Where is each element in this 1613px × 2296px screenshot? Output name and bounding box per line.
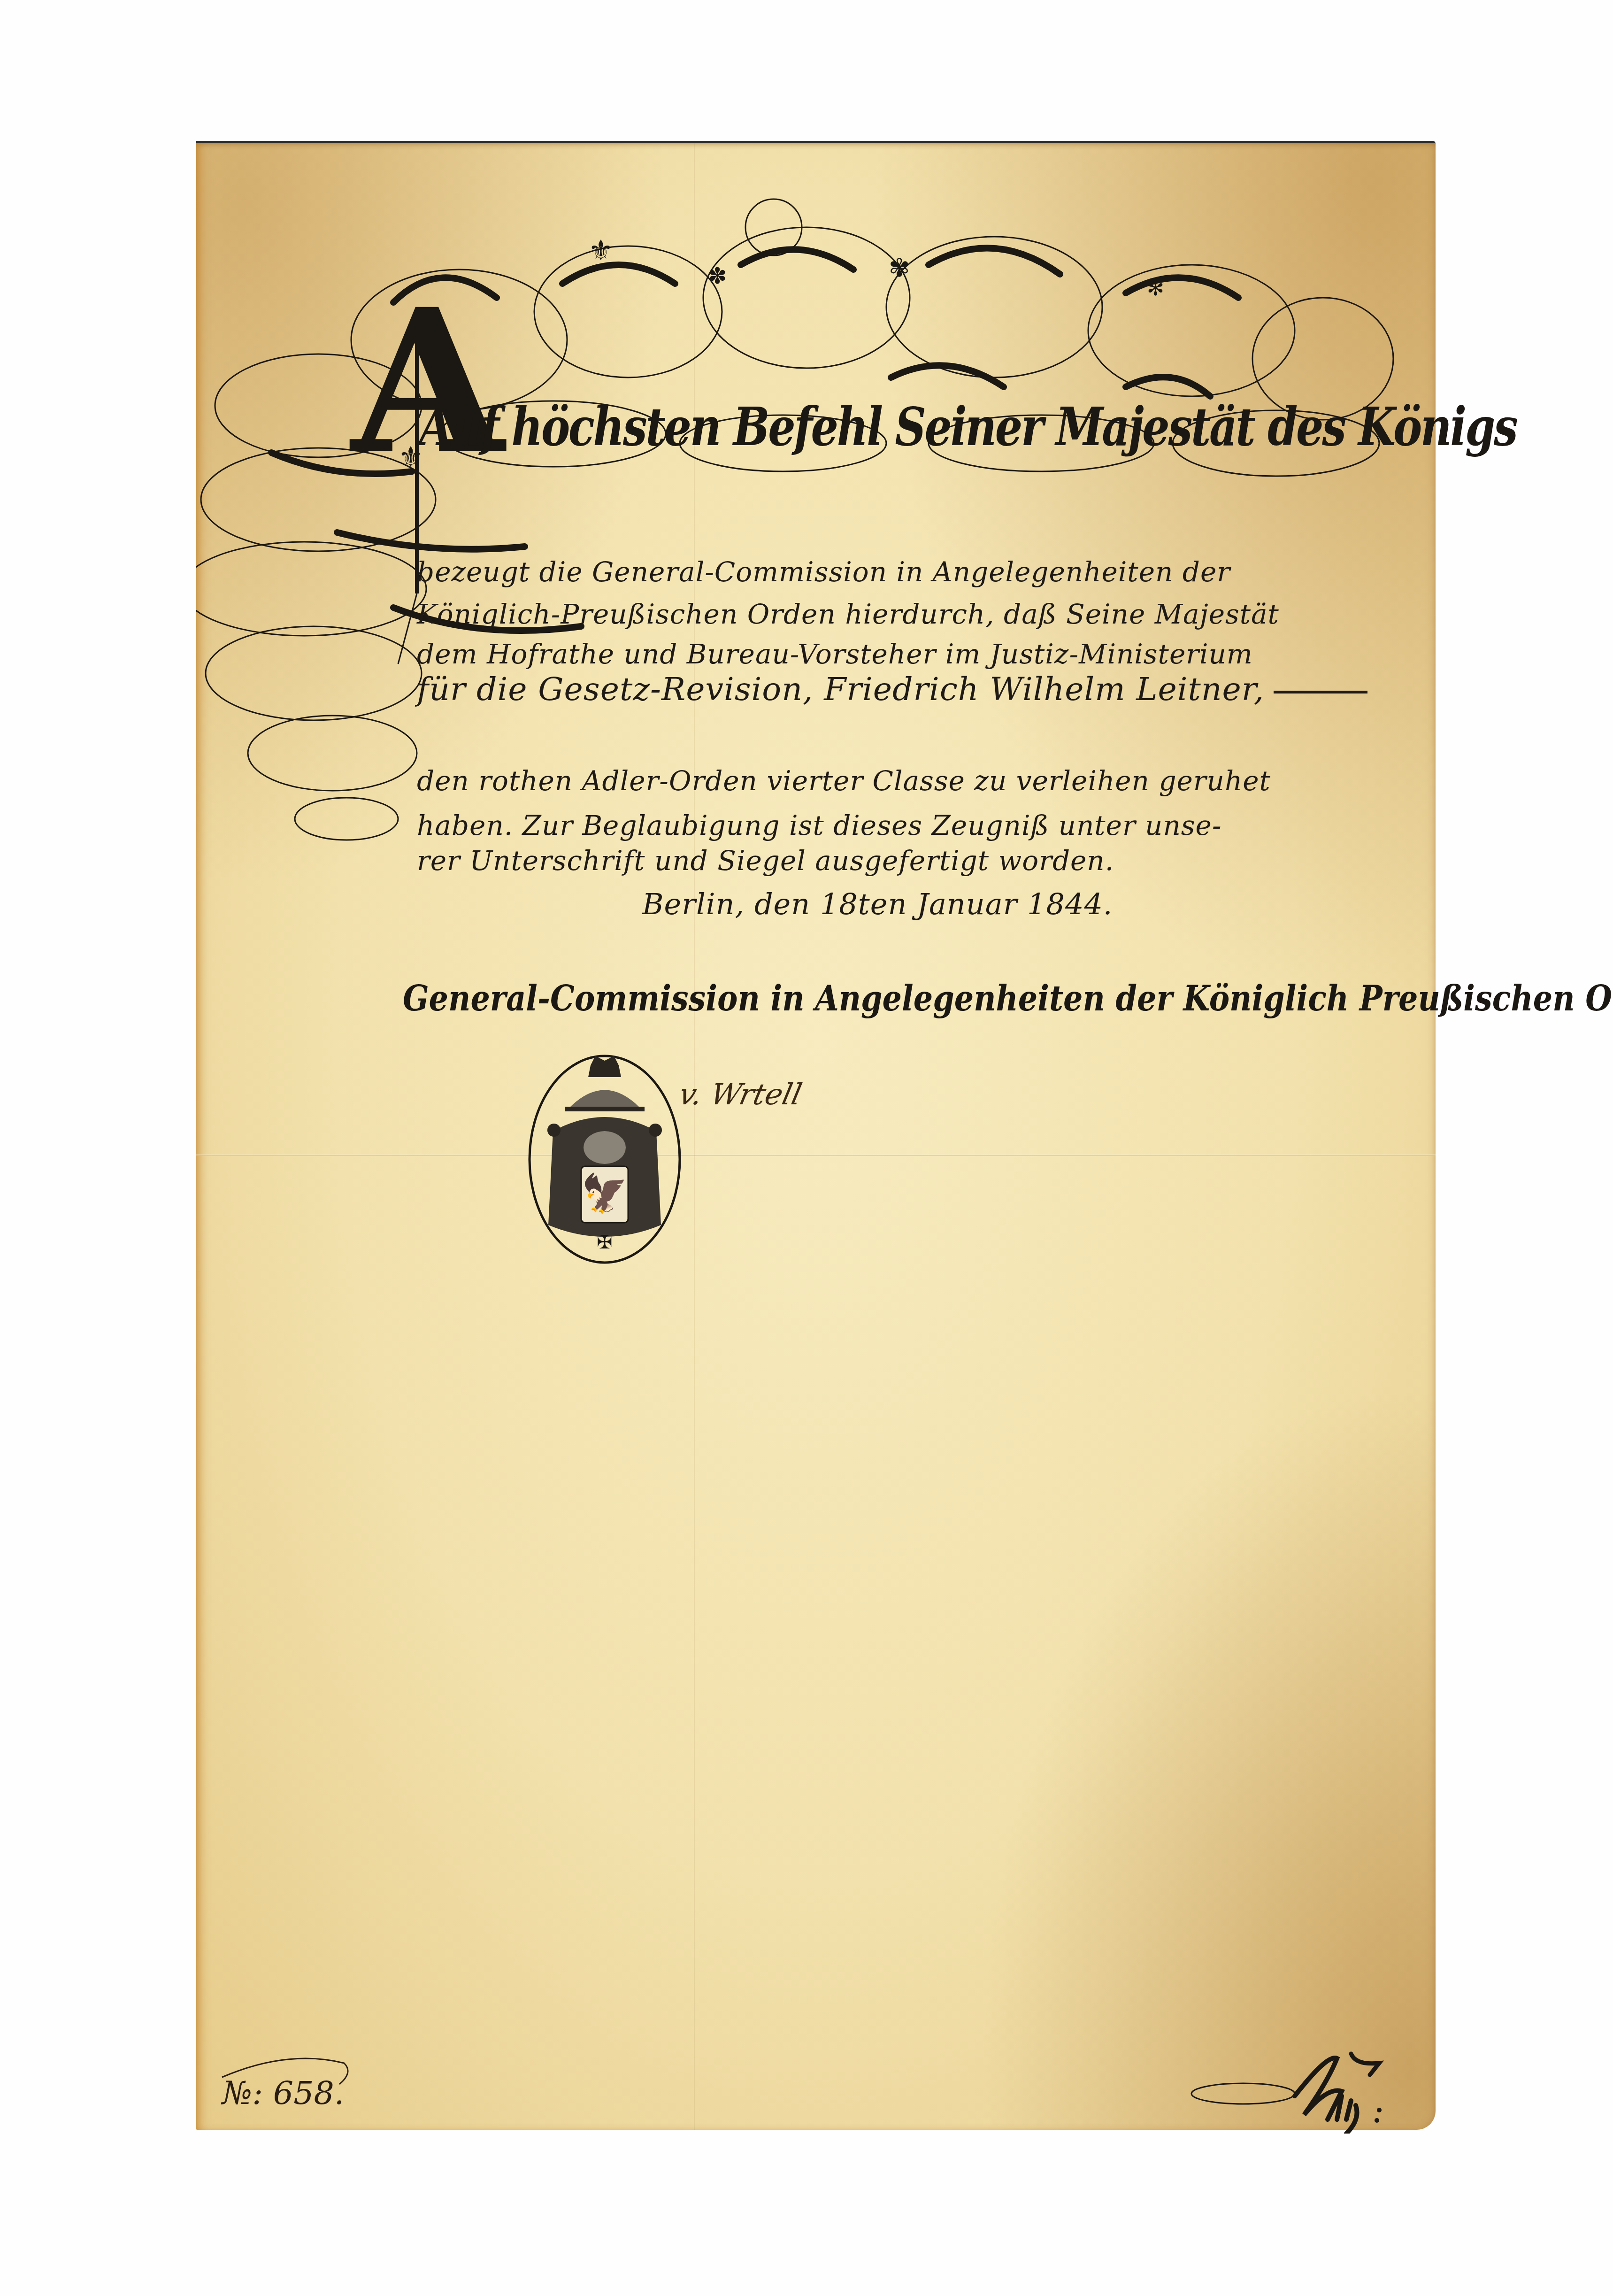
issuer-commission-line: General-Commission in Angelegenheiten de…	[403, 978, 1312, 1019]
body-line-7: rer Unterschrift und Siegel ausgefertigt…	[417, 845, 1114, 877]
svg-text:⚜: ⚜	[588, 234, 614, 267]
certificate-paper: ⚜ ✽ ✾ ✻ ⚜ A Auf höchsten Befehl Seiner M…	[196, 141, 1436, 2130]
coat-of-arms-seal-icon: 🦅 ✠	[525, 1051, 684, 1267]
line-filler-dash	[1274, 691, 1367, 693]
body-line-2: Königlich-Preußischen Orden hierdurch, d…	[417, 598, 1279, 630]
horizontal-fold-line	[196, 1155, 1436, 1156]
register-number: №: 658.	[222, 2075, 344, 2112]
body-line-1: bezeugt die General-Commission in Angele…	[417, 556, 1230, 588]
place-date: Berlin, den 18ten Januar 1844.	[642, 887, 1113, 921]
svg-text:✾: ✾	[889, 253, 910, 283]
svg-text:✻: ✻	[1147, 277, 1164, 300]
body-line-recipient: für die Gesetz-Revision, Friedrich Wilhe…	[417, 671, 1367, 708]
certificate-heading: Auf höchsten Befehl Seiner Majestät des …	[419, 396, 1220, 458]
commission-signature: v. Wrtell	[676, 1077, 805, 1111]
body-line-6: haben. Zur Beglaubigung ist dieses Zeugn…	[417, 809, 1222, 841]
svg-text:✽: ✽	[708, 263, 727, 289]
svg-text:🦅: 🦅	[581, 1171, 628, 1215]
body-line-3: dem Hofrathe und Bureau-Vorsteher im Jus…	[417, 638, 1253, 670]
recipient-line-text: für die Gesetz-Revision, Friedrich Wilhe…	[417, 671, 1264, 708]
body-line-5: den rothen Adler-Orden vierter Classe zu…	[417, 765, 1271, 797]
svg-text:✠: ✠	[597, 1232, 613, 1253]
bottom-signature	[1187, 2040, 1403, 2134]
